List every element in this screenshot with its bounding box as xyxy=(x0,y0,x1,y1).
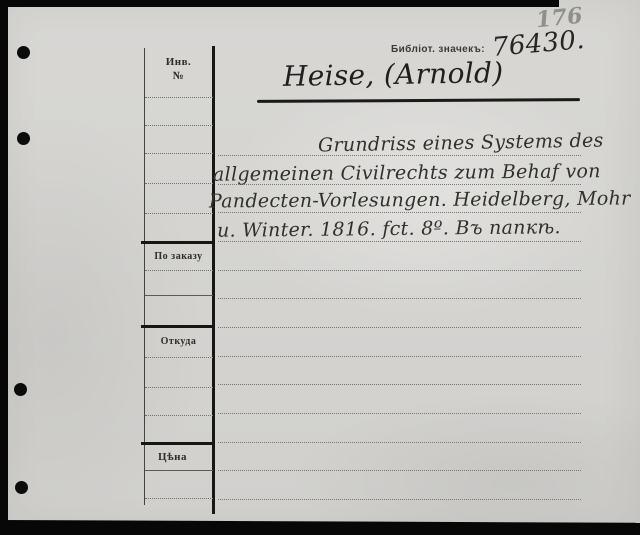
ruled-line xyxy=(145,270,213,271)
title-line-2: allgemeinen Civilrechts zum Behaf von xyxy=(213,160,601,185)
ruled-line xyxy=(145,387,213,388)
ruled-line xyxy=(145,153,213,154)
ruled-line xyxy=(218,327,581,328)
inventory-number-label-line2: № xyxy=(144,70,213,82)
column-left-border xyxy=(144,48,145,505)
shelfmark-label: Библіот. значекъ: xyxy=(391,44,485,55)
ruled-line xyxy=(218,470,581,471)
ruled-line xyxy=(218,499,581,500)
punch-hole-1 xyxy=(17,46,30,59)
ruled-line xyxy=(145,295,213,296)
punch-hole-2 xyxy=(17,132,30,145)
ruled-line xyxy=(141,325,215,328)
punch-hole-4 xyxy=(15,481,28,494)
ruled-line xyxy=(145,183,213,184)
ruled-line xyxy=(145,97,213,98)
scan-edge-left xyxy=(0,0,8,535)
ruled-line xyxy=(145,415,213,416)
title-line-3: Pandecten-Vorlesungen. Heidelberg, Mohr xyxy=(209,188,631,213)
ruled-line xyxy=(145,213,213,214)
author-heading: Heise, (Arnold) xyxy=(283,56,504,93)
scanned-catalog-card-page: { "card": { "page_number_pencil": "176",… xyxy=(0,0,640,535)
ruled-line xyxy=(145,498,213,499)
ruled-line xyxy=(218,442,581,443)
scan-edge-bottom xyxy=(0,520,640,535)
title-line-4: u. Winter. 1816. fct. 8º. Въ папкѣ. xyxy=(217,216,561,242)
inventory-number-label-line1: Инв. xyxy=(144,56,213,68)
ruled-line xyxy=(218,413,581,414)
ruled-line xyxy=(141,442,215,445)
ruled-line xyxy=(141,241,215,244)
ruled-line xyxy=(218,212,581,213)
ruled-line xyxy=(218,270,581,271)
ruled-line xyxy=(145,357,213,358)
by-order-label: По заказу xyxy=(144,251,213,262)
origin-label: Откуда xyxy=(144,336,213,347)
ruled-line xyxy=(218,384,581,385)
punch-hole-3 xyxy=(14,383,27,396)
ruled-line xyxy=(145,125,213,126)
scan-edge-top xyxy=(0,0,559,7)
ruled-line xyxy=(145,470,213,471)
ruled-line xyxy=(218,298,581,299)
ruled-line xyxy=(218,356,581,357)
ruled-line xyxy=(218,155,581,156)
price-label: Цѣна xyxy=(150,451,218,463)
